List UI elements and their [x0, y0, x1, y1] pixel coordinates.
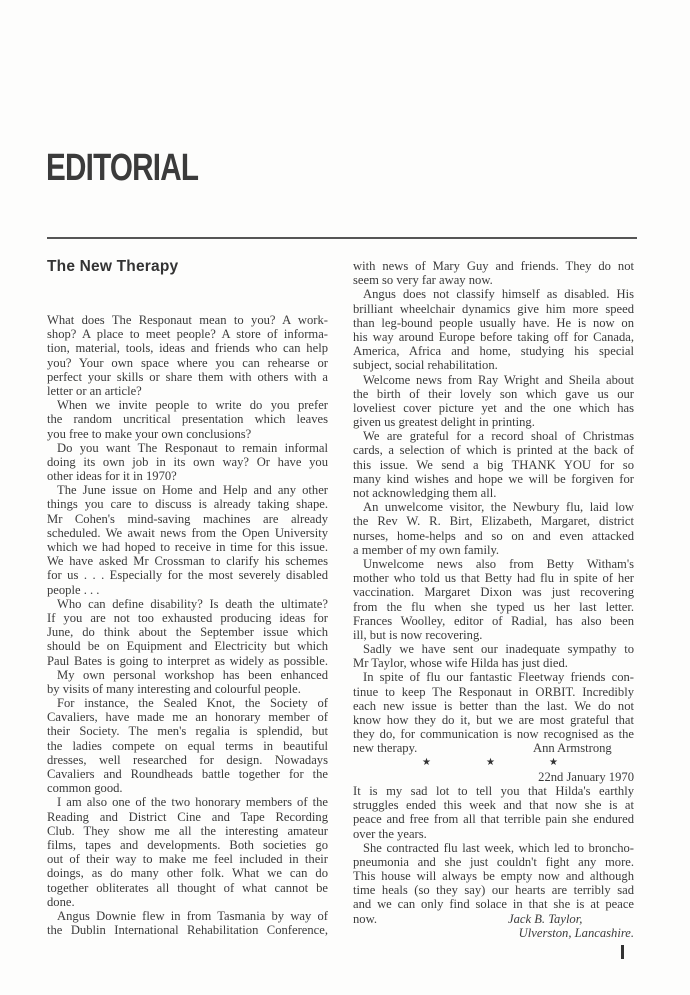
text-line: Sadly we have sent our inadequate sympat…: [353, 642, 634, 656]
star-icon: ★: [486, 756, 495, 770]
text-line: doings, as do many other folk. What we c…: [47, 866, 328, 880]
text-line: Unwelcome news also from Betty Witham's: [353, 557, 634, 571]
article-subtitle: The New Therapy: [47, 258, 178, 276]
text-line: from the flu when she typed us her last …: [353, 600, 634, 614]
letter-body: It is my sad lot to tell you that Hilda'…: [353, 784, 634, 912]
signature-row-jack: now. Jack B. Taylor,: [353, 912, 634, 926]
text-line: films, tapes and developments. Both soci…: [47, 838, 328, 852]
text-line: Club. They show me all the interesting a…: [47, 824, 328, 838]
text-line: America, Africa and home, studying his s…: [353, 344, 634, 358]
text-line: In spite of flu our fantastic Fleetway f…: [353, 670, 634, 684]
text-line: This house will always be empty now and …: [353, 869, 634, 883]
text-line: out of their way to make me feel include…: [47, 852, 328, 866]
text-line: What does The Responaut mean to you? A w…: [47, 313, 328, 327]
text-line: Angus Downie flew in from Tasmania by wa…: [47, 909, 328, 923]
text-line: peace and free from all that terrible pa…: [353, 812, 634, 826]
text-line: For instance, the Sealed Knot, the Socie…: [47, 696, 328, 710]
text-line: not acknowledging them all.: [353, 486, 634, 500]
text-line: common good.: [47, 781, 328, 795]
text-line: the Dublin International Rehabilitation …: [47, 923, 328, 937]
signature-jack-taylor: Jack B. Taylor,: [508, 912, 582, 926]
text-line: June, do think about the September issue…: [47, 625, 328, 639]
star-icon: ★: [549, 756, 558, 770]
text-line: should be on Equipment and Electricity b…: [47, 639, 328, 653]
text-line: An unwelcome visitor, the Newbury flu, l…: [353, 500, 634, 514]
text-line: their Society. The men's regalia is sple…: [47, 724, 328, 738]
text-line: letter or an article?: [47, 384, 328, 398]
text-line: Welcome news from Ray Wright and Sheila …: [353, 373, 634, 387]
text-line: people . . .: [47, 583, 328, 597]
text-line: nurses, home-helps and so on and even at…: [353, 529, 634, 543]
letter-date: 22nd January 1970: [353, 770, 634, 784]
text-line: Mr Taylor, whose wife Hilda has just die…: [353, 656, 634, 670]
right-column-body: with news of Mary Guy and friends. They …: [353, 259, 634, 741]
text-line: My own personal workshop has been enhanc…: [47, 668, 328, 682]
text-line: scheduled. We await news from the Open U…: [47, 526, 328, 540]
text-line: the random uncritical presentation which…: [47, 412, 328, 426]
letter-end-text: now.: [353, 912, 377, 926]
text-line: the Rev W. R. Birt, Elizabeth, Margaret,…: [353, 514, 634, 528]
text-line: his way around Europe before taking off …: [353, 330, 634, 344]
text-line: and we can only find solace in that she …: [353, 897, 634, 911]
text-line: the birth of their lovely son which gave…: [353, 387, 634, 401]
text-line: tinue to keep The Responaut in ORBIT. In…: [353, 685, 634, 699]
signature-line-text: new therapy.: [353, 741, 417, 755]
text-line: things you care to discuss is already ta…: [47, 497, 328, 511]
text-line: Angus does not classify himself as disab…: [353, 287, 634, 301]
text-line: time heals (so they say) our hearts are …: [353, 883, 634, 897]
text-line: pneumonia and she just couldn't fight an…: [353, 855, 634, 869]
text-line: than leg-bound people usually have. He i…: [353, 316, 634, 330]
text-line: Do you want The Responaut to remain info…: [47, 441, 328, 455]
text-line: seem so very far away now.: [353, 273, 634, 287]
text-line: It is my sad lot to tell you that Hilda'…: [353, 784, 634, 798]
text-line: If you are not too exhausted producing i…: [47, 611, 328, 625]
separator-stars: ★ ★ ★: [353, 756, 634, 770]
text-line: ill, but is now recovering.: [353, 628, 634, 642]
signature-place: Ulverston, Lancashire.: [353, 926, 634, 940]
signature-row-ann: new therapy. Ann Armstrong: [353, 741, 634, 755]
signature-ann-armstrong: Ann Armstrong: [533, 741, 612, 755]
text-line: you? Your own space where you can rehear…: [47, 356, 328, 370]
text-line: We have asked Mr Crossman to clarify his…: [47, 554, 328, 568]
page-number: [621, 945, 624, 959]
left-column: What does The Responaut mean to you? A w…: [47, 313, 328, 937]
text-line: We are grateful for a record shoal of Ch…: [353, 429, 634, 443]
text-line: a member of my own family.: [353, 543, 634, 557]
text-line: Paul Bates is going to interpret as wide…: [47, 654, 328, 668]
text-line: loveliest cover picture yet and the one …: [353, 401, 634, 415]
right-column: with news of Mary Guy and friends. They …: [353, 259, 634, 940]
text-line: vaccination. Margaret Dixon was just rec…: [353, 585, 634, 599]
text-line: Who can define disability? Is death the …: [47, 597, 328, 611]
text-line: I am also one of the two honorary member…: [47, 795, 328, 809]
text-line: Cavaliers and Roundheads battle together…: [47, 767, 328, 781]
text-line: Frances Woolley, editor of Radial, has a…: [353, 614, 634, 628]
text-line: the ladies compete on equal terms in bea…: [47, 739, 328, 753]
text-line: which we had hoped to receive in time fo…: [47, 540, 328, 554]
text-line: over the years.: [353, 827, 634, 841]
text-line: each new issue is better than the last. …: [353, 699, 634, 713]
text-line: together obliterates all thought of what…: [47, 881, 328, 895]
text-line: know how they do it, but we are most gra…: [353, 713, 634, 727]
page-title: EDITORIAL: [46, 146, 198, 190]
text-line: other ideas for it in 1970?: [47, 469, 328, 483]
text-line: Reading and District Cine and Tape Recor…: [47, 810, 328, 824]
text-line: doing its own job in its own way? Or hav…: [47, 455, 328, 469]
text-line: many kind wishes and hope we will be for…: [353, 472, 634, 486]
text-line: tion, material, tools, ideas and friends…: [47, 341, 328, 355]
horizontal-rule: [47, 237, 637, 239]
text-line: they do, for communication is now recogn…: [353, 727, 634, 741]
text-line: by visits of many interesting and colour…: [47, 682, 328, 696]
text-line: this issue. We send a big THANK YOU for …: [353, 458, 634, 472]
text-line: given us greatest delight in printing.: [353, 415, 634, 429]
text-line: brilliant wheelchair dynamics give him m…: [353, 302, 634, 316]
text-line: struggles ended this week and that now s…: [353, 798, 634, 812]
text-line: shop? A place to meet people? A store of…: [47, 327, 328, 341]
text-line: subject, social rehabilitation.: [353, 358, 634, 372]
text-line: dresses, well researched for design. Now…: [47, 753, 328, 767]
text-line: Cavaliers, have made me an honorary memb…: [47, 710, 328, 724]
text-line: cards, a selection of which is printed a…: [353, 443, 634, 457]
text-line: mother who told us that Betty had flu in…: [353, 571, 634, 585]
star-icon: ★: [422, 756, 431, 770]
text-line: for us . . . Especially for the most sev…: [47, 568, 328, 582]
text-line: She contracted flu last week, which led …: [353, 841, 634, 855]
text-line: The June issue on Home and Help and any …: [47, 483, 328, 497]
text-line: you free to make your own conclusions?: [47, 427, 328, 441]
text-line: When we invite people to write do you pr…: [47, 398, 328, 412]
text-line: done.: [47, 895, 328, 909]
text-line: perfect your skills or share them with o…: [47, 370, 328, 384]
text-line: Mr Cohen's mind-saving machines are alre…: [47, 512, 328, 526]
text-line: with news of Mary Guy and friends. They …: [353, 259, 634, 273]
